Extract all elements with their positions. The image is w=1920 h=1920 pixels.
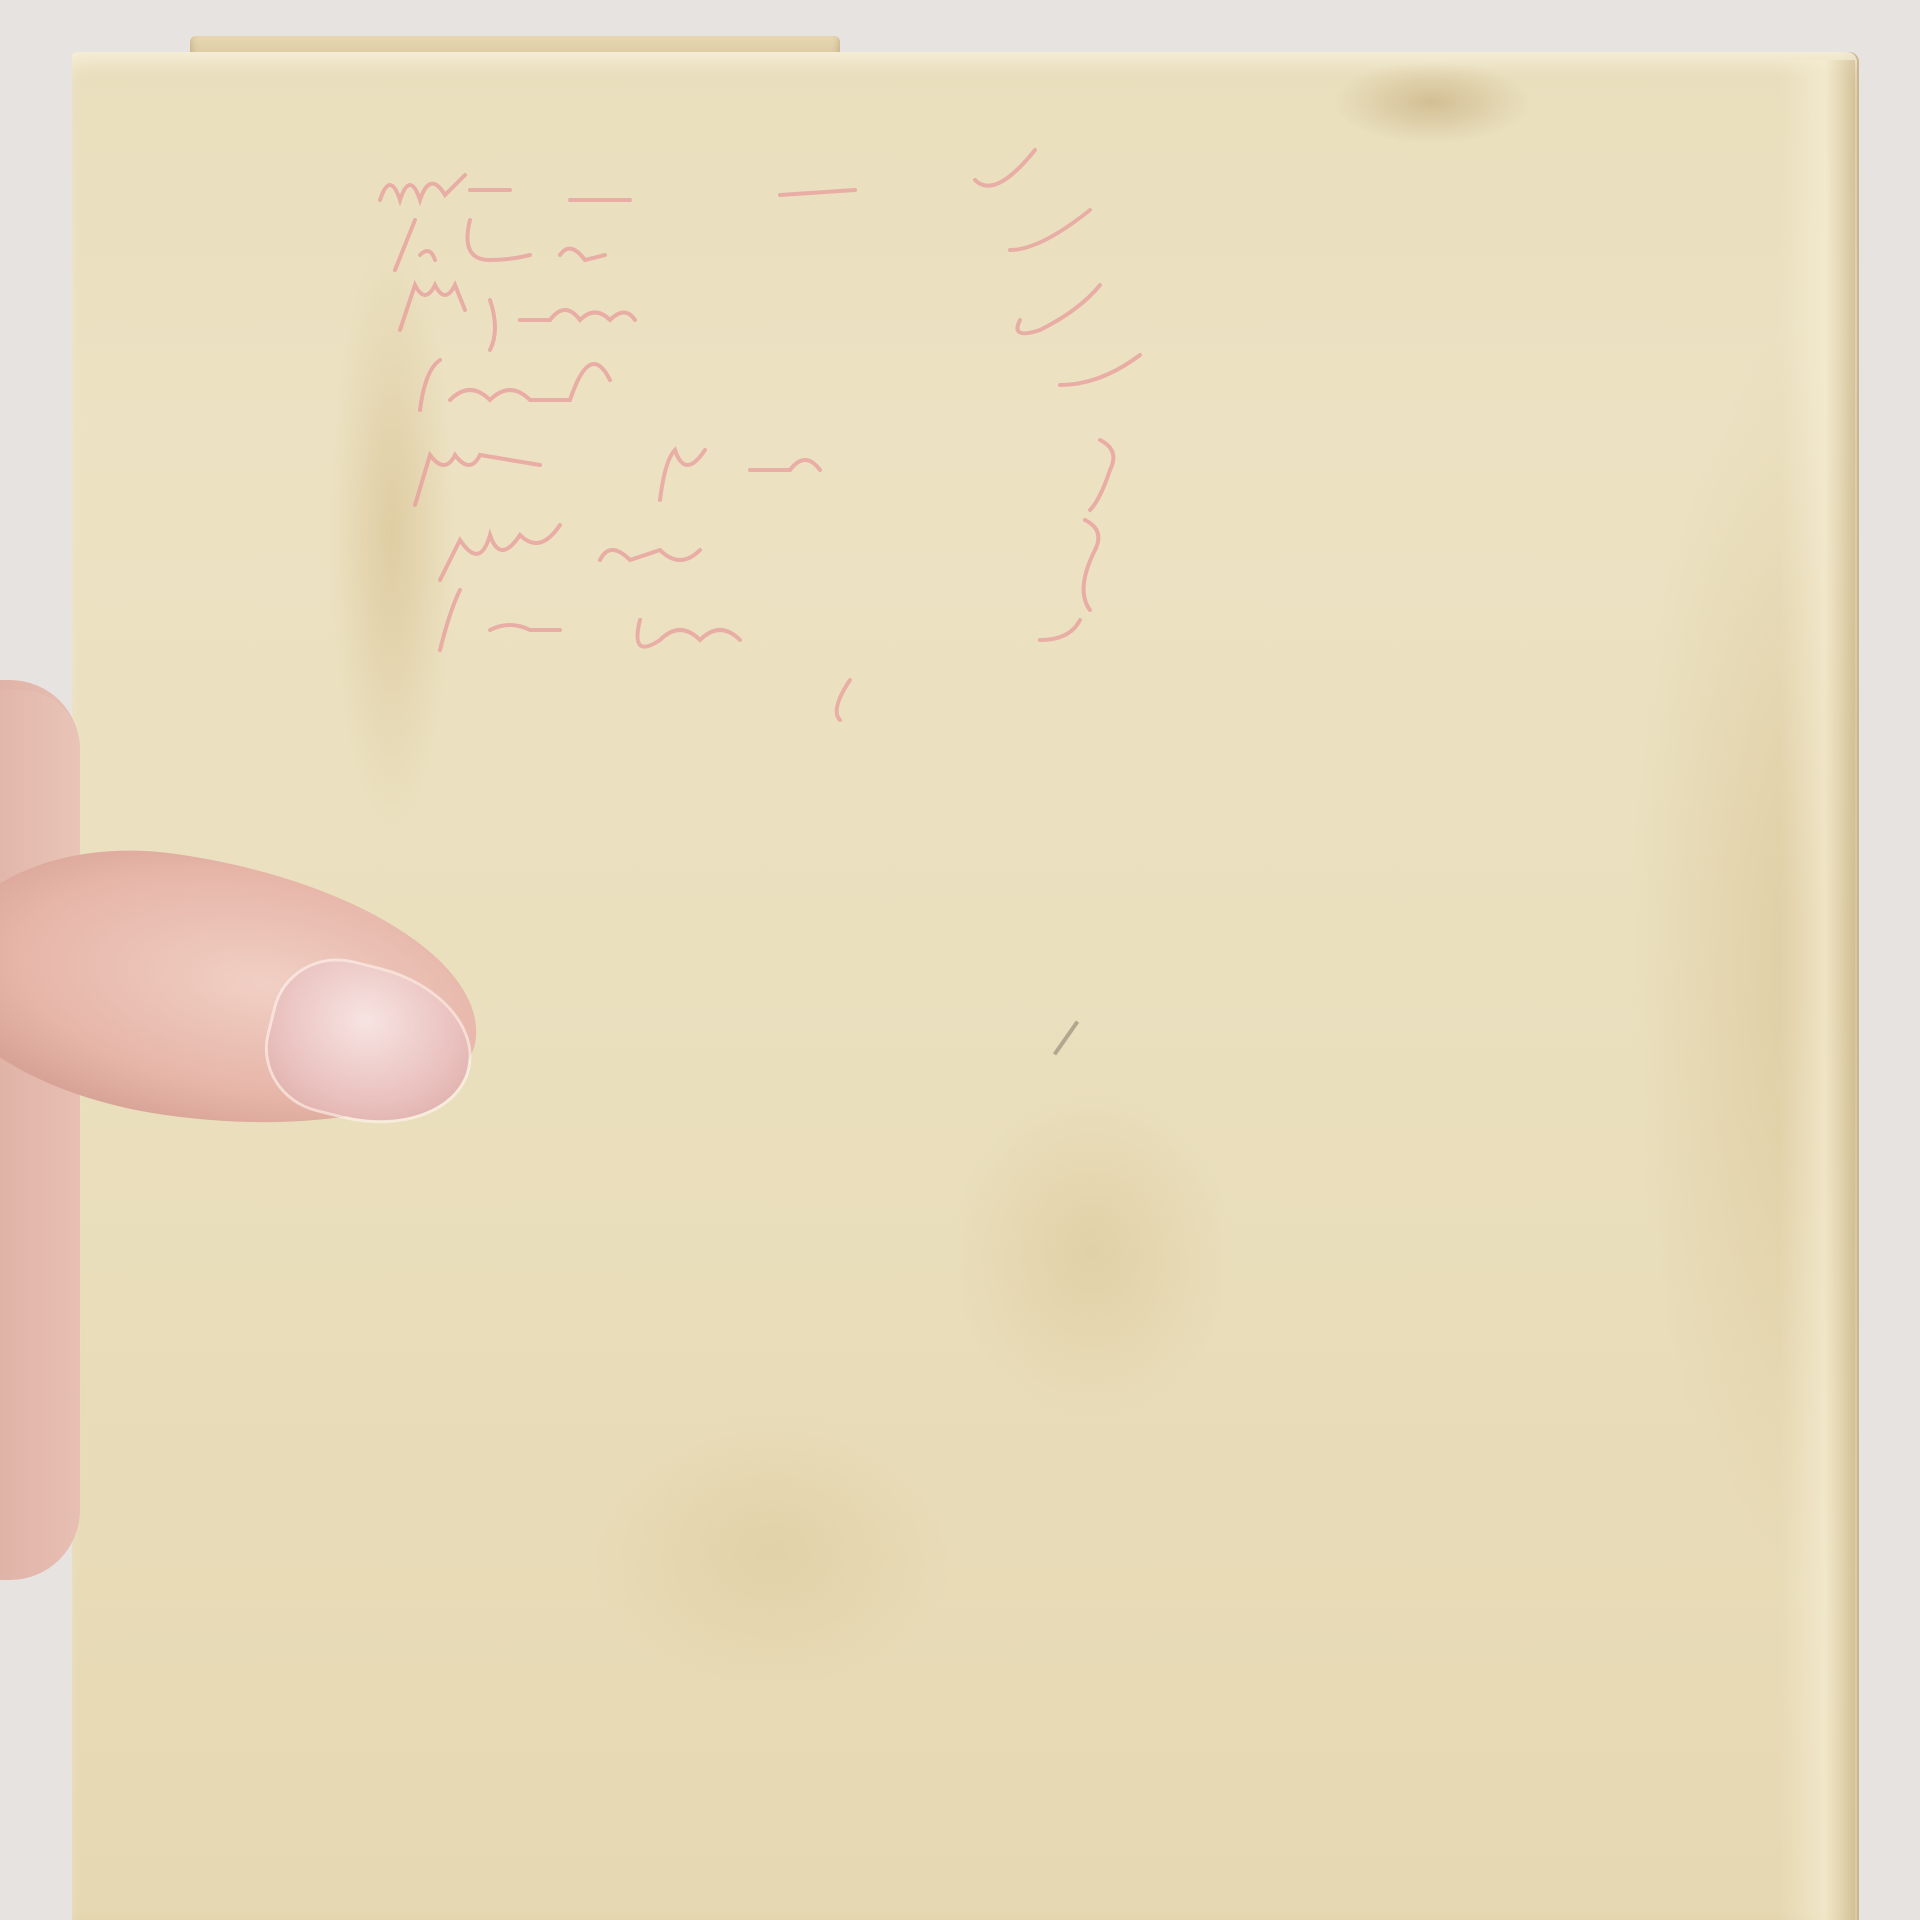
photo-scene: faint pink pencil cursive notes, illegib… bbox=[0, 0, 1920, 1920]
